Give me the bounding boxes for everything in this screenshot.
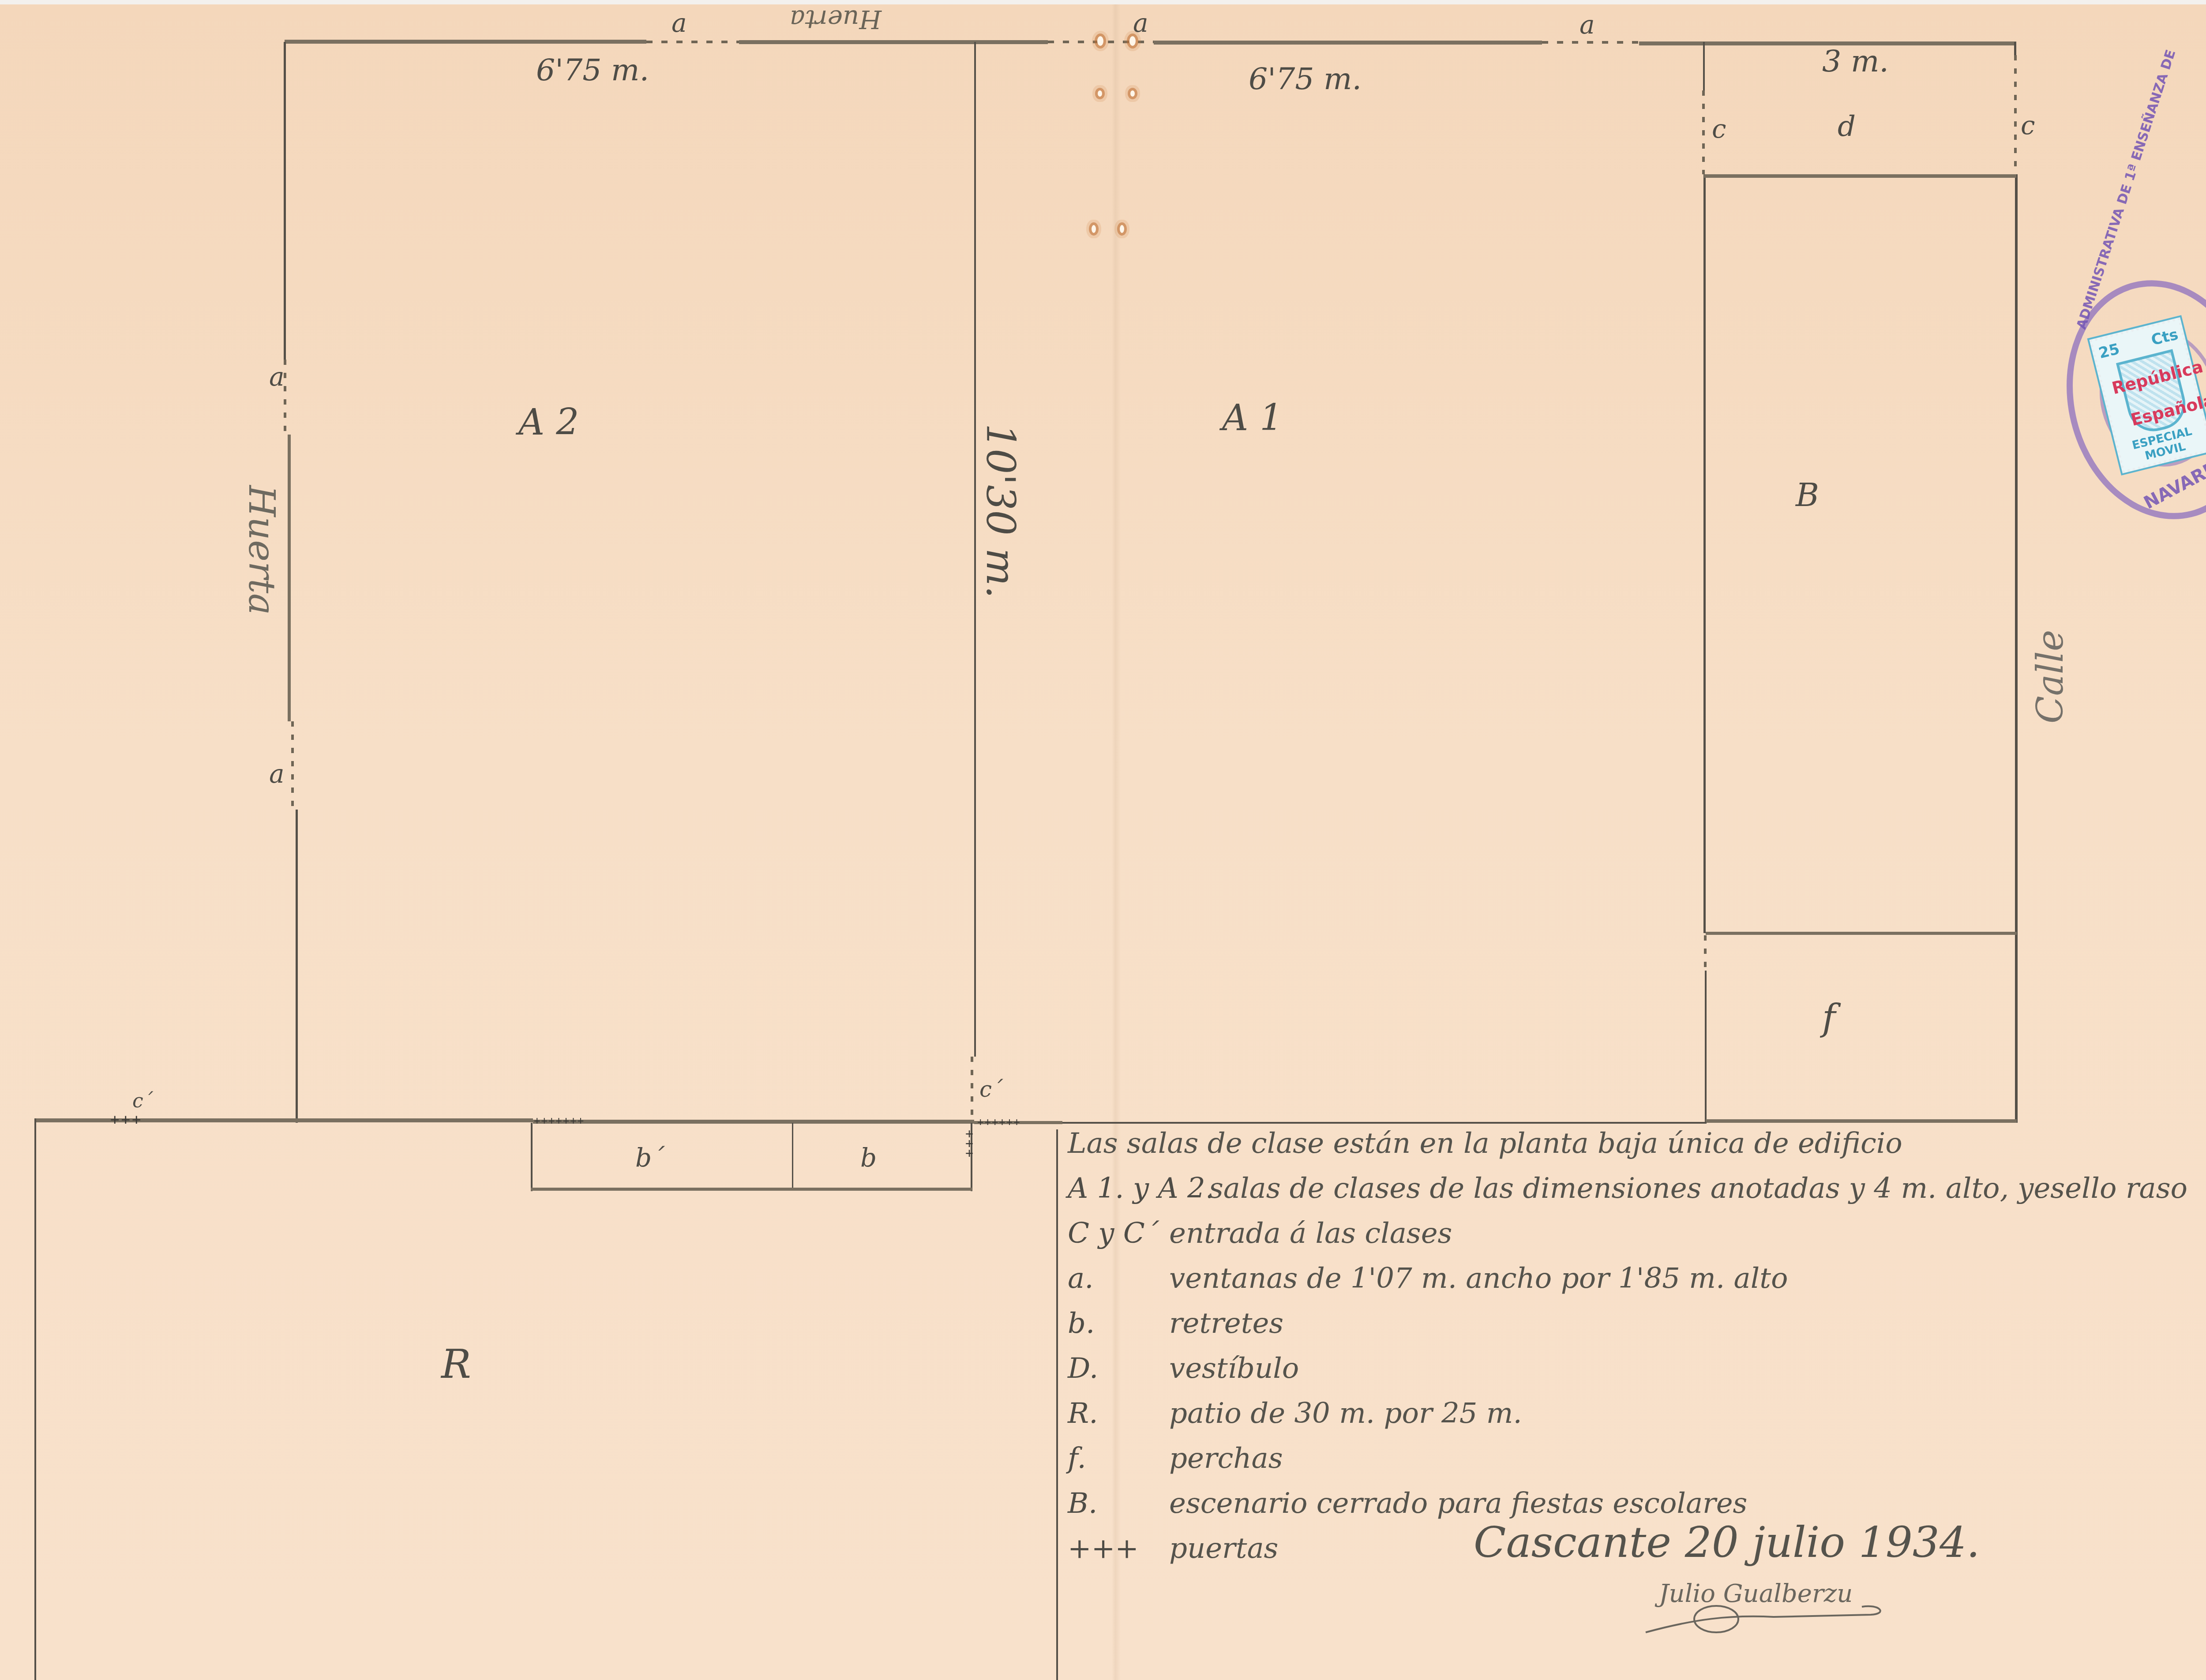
legend-item: R. patio de 30 m. por 25 m.: [1068, 1397, 2206, 1442]
rust-hole: [1120, 225, 1124, 233]
legend-desc: vestíbulo: [1169, 1352, 1299, 1385]
legend-desc: ventanas de 1'07 m. ancho por 1'85 m. al…: [1169, 1262, 1788, 1295]
legend-key: A 1. y A 2.: [1068, 1172, 1214, 1205]
courtyard-left-wall: [34, 1118, 36, 1680]
legend: Las salas de clase están en la planta ba…: [1068, 1127, 2206, 1577]
f-left-wall: [1705, 971, 1707, 1123]
rust-hole: [1092, 225, 1096, 233]
window-label: a: [672, 8, 687, 38]
a2-left-wall: [284, 42, 286, 360]
legend-intro-text: Las salas de clase están en la planta ba…: [1068, 1127, 1902, 1160]
dimension-a2-width: 6'75 m.: [536, 53, 649, 88]
dimension-vestibule-width: 3 m.: [1822, 44, 1889, 79]
a2-left-wall: [288, 435, 291, 721]
room-label-b: B: [1796, 476, 1819, 514]
legend-desc: perchas: [1169, 1442, 1283, 1475]
entrance-c-opening: [2014, 55, 2017, 174]
plan-legend-separator: [1062, 1122, 1707, 1124]
legend-item: D. vestíbulo: [1068, 1352, 2206, 1397]
legend-item: a. ventanas de 1'07 m. ancho por 1'85 m.…: [1068, 1262, 2206, 1307]
legend-key: B.: [1068, 1487, 1169, 1520]
f-bottom-wall: [1706, 1119, 2017, 1123]
top-wall-segment: [739, 40, 1048, 44]
entrance-label-c-prime: c´: [979, 1076, 1003, 1102]
legend-desc: puertas: [1169, 1532, 1278, 1565]
d-b-wall: [1704, 174, 2016, 178]
place-date: Cascante 20 julio 1934.: [1474, 1518, 1980, 1567]
legend-intro: Las salas de clase están en la planta ba…: [1068, 1127, 2206, 1172]
room-label-f: f: [1822, 997, 1835, 1039]
rust-hole: [1098, 90, 1102, 97]
legend-desc: patio de 30 m. por 25 m.: [1169, 1397, 1522, 1430]
entrance-c-opening: [1702, 90, 1705, 174]
door-symbols: + + +: [965, 1129, 979, 1141]
signature-flourish-icon: [1641, 1601, 1888, 1637]
rust-hole: [1097, 36, 1103, 46]
top-wall-segment: [285, 40, 646, 44]
legend-item: C y C´ entrada á las clases: [1068, 1217, 2206, 1262]
room-label-d: d: [1838, 110, 1856, 143]
rust-hole: [1129, 36, 1136, 46]
door-symbols: +++++++: [534, 1115, 585, 1126]
window-label: a: [1579, 10, 1595, 40]
room-label-r: R: [441, 1341, 471, 1387]
d-right-wall: [2014, 42, 2016, 55]
legend-item: f. perchas: [1068, 1442, 2206, 1487]
room-label-b-prime: b´: [635, 1143, 664, 1173]
revenue-value: 25: [2097, 340, 2122, 362]
courtyard-top-wall: [34, 1118, 533, 1122]
toilet-divider-wall: [792, 1123, 793, 1189]
window-opening: [1542, 41, 1639, 44]
legend-item: A 1. y A 2. salas de clases de las dimen…: [1068, 1172, 2206, 1217]
courtyard-top-wall: [533, 1120, 974, 1124]
b-f-wall: [1706, 932, 2017, 935]
dimension-room-depth: 10'30 m.: [977, 424, 1024, 598]
d-left-wall: [1703, 42, 1705, 90]
legend-key: +++: [1068, 1532, 1169, 1565]
legend-key: f.: [1068, 1442, 1169, 1475]
room-label-a2: A 2: [518, 401, 579, 443]
legend-desc: escenario cerrado para fiestas escolares: [1169, 1487, 1747, 1520]
legend-key: C y C´: [1068, 1217, 1169, 1250]
entrance-c-prime-opening: [971, 1057, 973, 1123]
legend-desc: entrada á las clases: [1169, 1217, 1452, 1250]
window-opening: [291, 721, 294, 810]
revenue-unit: Cts: [2150, 326, 2180, 349]
door-symbols: +++: [110, 1114, 143, 1125]
room-label-b: b: [860, 1143, 877, 1173]
entrance-label-c: c: [1712, 114, 1726, 144]
left-boundary-label: Huerta: [240, 485, 282, 615]
right-boundary-label: Calle: [2030, 630, 2071, 724]
legend-key: b.: [1068, 1307, 1169, 1340]
dimension-a1-width: 6'75 m.: [1249, 62, 1362, 97]
room-label-a1: A 1: [1222, 397, 1283, 439]
legend-key: D.: [1068, 1352, 1169, 1385]
legend-key: a.: [1068, 1262, 1169, 1295]
entrance-label-c: c: [2021, 110, 2035, 140]
legend-desc: salas de clases de las dimensiones anota…: [1209, 1172, 2187, 1205]
toilet-left-wall: [531, 1123, 533, 1191]
door-opening: [1704, 935, 1707, 971]
entrance-label-c-prime: c´: [132, 1090, 153, 1112]
window-label: a: [269, 759, 285, 789]
window-label: a: [1133, 8, 1148, 38]
rust-hole: [1130, 90, 1135, 97]
paper-top-edge: [0, 0, 2206, 4]
b-left-wall: [1703, 174, 1706, 933]
a2-left-wall: [296, 810, 298, 1123]
b-right-wall: [2015, 174, 2018, 1123]
door-symbols: ++++++: [977, 1116, 1021, 1128]
legend-desc: retretes: [1169, 1307, 1283, 1340]
legend-key: R.: [1068, 1397, 1169, 1430]
window-label: a: [269, 362, 285, 392]
courtyard-right-wall: [1056, 1129, 1058, 1680]
top-wall-segment: [1154, 41, 1542, 45]
top-boundary-label: Huerta: [790, 4, 882, 34]
a1-a2-divider-wall: [974, 42, 976, 1057]
window-opening: [646, 41, 739, 43]
legend-item: b. retretes: [1068, 1307, 2206, 1352]
toilet-bottom-wall: [531, 1188, 972, 1191]
